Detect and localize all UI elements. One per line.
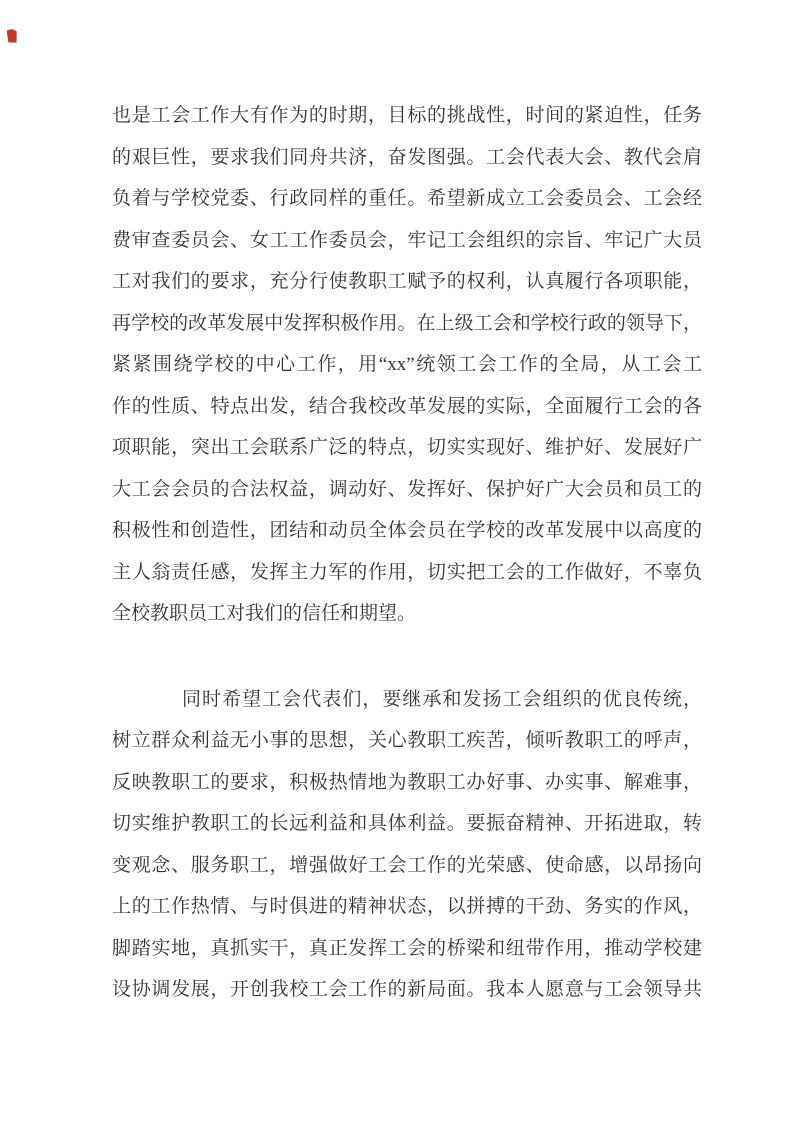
text-line: 上的工作热情、与时俱进的精神状态，以拼搏的干劲、务实的作风，	[112, 886, 702, 928]
text-line: 设协调发展，开创我校工会工作的新局面。我本人愿意与工会领导共	[112, 969, 702, 1011]
text-line: 作的性质、特点出发，结合我校改革发展的实际，全面履行工会的各	[112, 386, 702, 428]
document-page: 也是工会工作大有作为的时期，目标的挑战性，时间的紧迫性，任务的艰巨性，要求我们同…	[0, 0, 793, 1122]
text-line: 积极性和创造性，团结和动员全体会员在学校的改革发展中以高度的	[112, 510, 702, 552]
corner-artifact-mark	[7, 29, 18, 44]
text-line: 同时希望工会代表们，要继承和发扬工会组织的优良传统，	[112, 679, 702, 721]
paragraph: 也是工会工作大有作为的时期，目标的挑战性，时间的紧迫性，任务的艰巨性，要求我们同…	[112, 95, 702, 635]
document-body: 也是工会工作大有作为的时期，目标的挑战性，时间的紧迫性，任务的艰巨性，要求我们同…	[112, 95, 702, 1011]
text-line: 树立群众利益无小事的思想，关心教职工疾苦，倾听教职工的呼声，	[112, 720, 702, 762]
text-line: 紧紧围绕学校的中心工作，用“xx”统领工会工作的全局，从工会工	[112, 344, 702, 386]
paragraph: 同时希望工会代表们，要继承和发扬工会组织的优良传统，树立群众利益无小事的思想，关…	[112, 679, 702, 1011]
text-line: 再学校的改革发展中发挥积极作用。在上级工会和学校行政的领导下，	[112, 303, 702, 345]
text-line: 主人翁责任感，发挥主力军的作用，切实把工会的工作做好，不辜负	[112, 552, 702, 594]
text-line: 工对我们的要求，充分行使教职工赋予的权利，认真履行各项职能，	[112, 261, 702, 303]
text-line: 脚踏实地，真抓实干，真正发挥工会的桥梁和纽带作用，推动学校建	[112, 928, 702, 970]
text-line: 的艰巨性，要求我们同舟共济，奋发图强。工会代表大会、教代会肩	[112, 137, 702, 179]
text-line: 切实维护教职工的长远利益和具体利益。要振奋精神、开拓进取，转	[112, 803, 702, 845]
text-line: 全校教职员工对我们的信任和期望。	[112, 593, 702, 635]
text-line: 也是工会工作大有作为的时期，目标的挑战性，时间的紧迫性，任务	[112, 95, 702, 137]
text-line: 项职能，突出工会联系广泛的特点，切实实现好、维护好、发展好广	[112, 427, 702, 469]
text-line: 反映教职工的要求，积极热情地为教职工办好事、办实事、解难事，	[112, 762, 702, 804]
text-line: 费审查委员会、女工工作委员会，牢记工会组织的宗旨、牢记广大员	[112, 220, 702, 262]
text-line: 负着与学校党委、行政同样的重任。希望新成立工会委员会、工会经	[112, 178, 702, 220]
text-line: 变观念、服务职工，增强做好工会工作的光荣感、使命感，以昂扬向	[112, 845, 702, 887]
text-line: 大工会会员的合法权益，调动好、发挥好、保护好广大会员和员工的	[112, 469, 702, 511]
